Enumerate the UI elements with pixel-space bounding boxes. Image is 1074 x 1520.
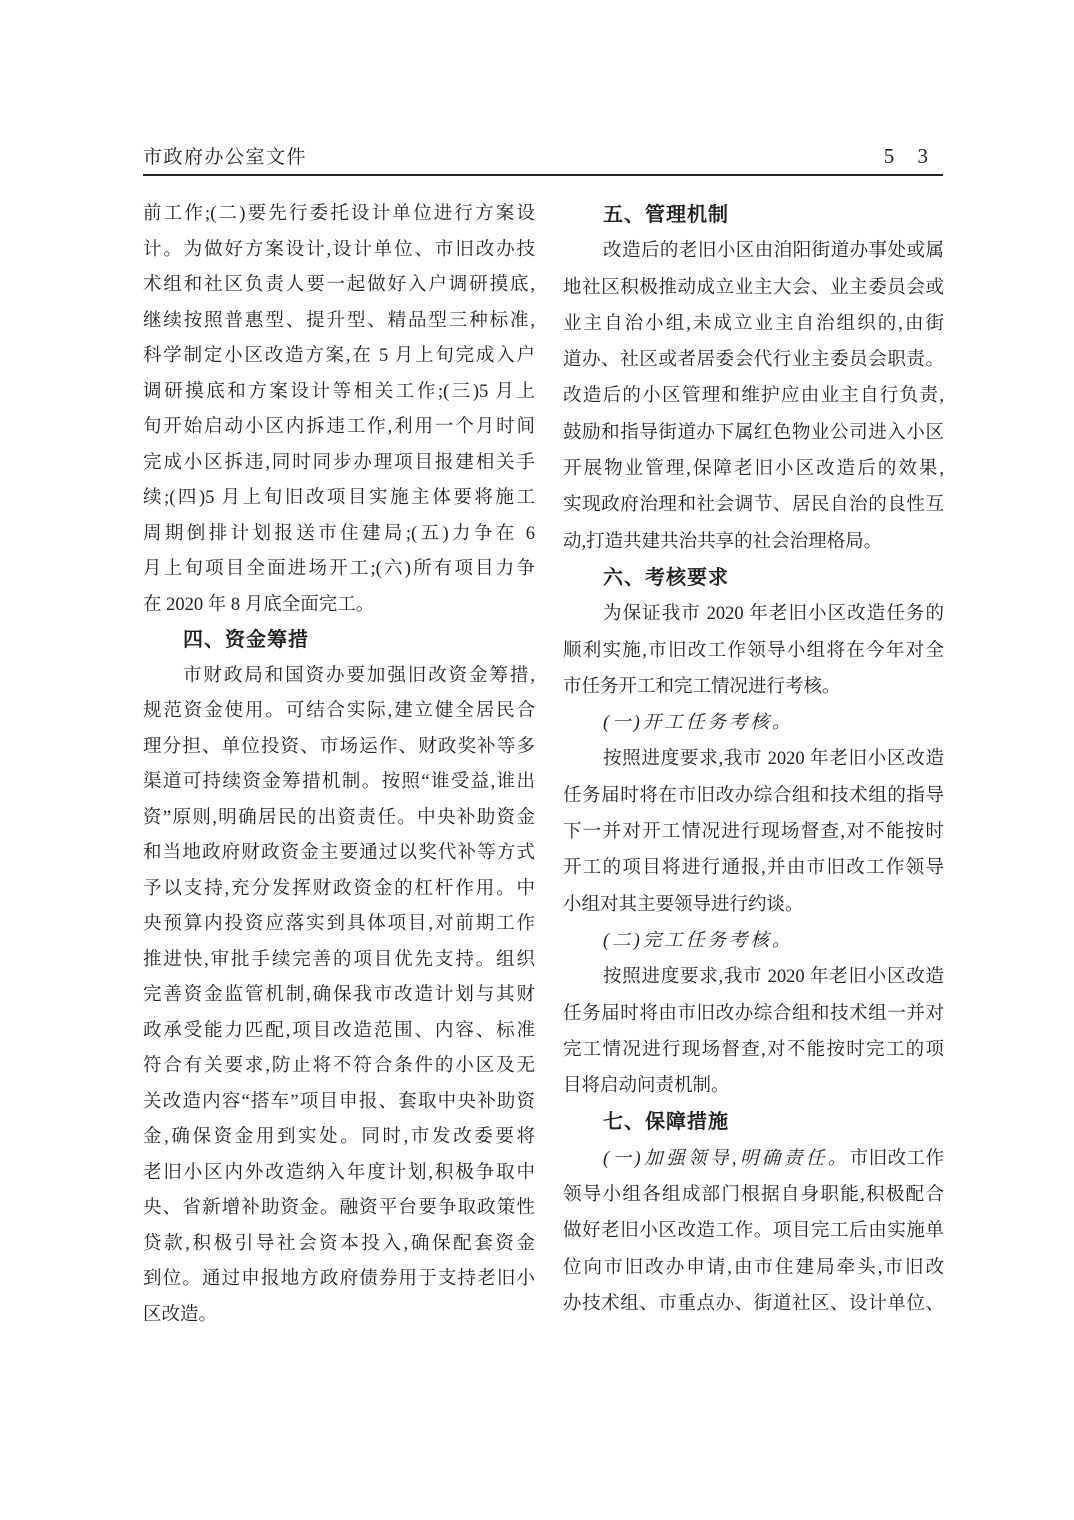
text-segment: 渠道可持续资金筹措机制。按照“谁受益,谁出 xyxy=(143,772,535,792)
text-segment: 关改造内容“搭车”项目申报、套取中央补助资 xyxy=(143,1092,535,1112)
text-segment: 七、保障措施 xyxy=(603,1111,729,1133)
text-line: 鼓励和指导街道办下属红色物业公司进入小区 xyxy=(563,415,944,451)
section-heading: 七、保障措施 xyxy=(563,1104,944,1140)
text-segment: 开工的项目将进行通报,并由市旧改工作领导 xyxy=(563,858,944,878)
text-line: 贷款,积极引导社会资本投入,确保配套资金 xyxy=(143,1227,535,1263)
text-line: 实现政府治理和社会调节、居民自治的良性互 xyxy=(563,487,944,523)
text-line: 周期倒排计划报送市住建局;(五)力争在 6 xyxy=(143,517,535,553)
text-segment: 金,确保资金用到实处。同时,市发改委要将 xyxy=(143,1127,535,1147)
text-line: 在 2020 年 8 月底全面完工。 xyxy=(143,588,535,624)
text-segment: 央预算内投资应落实到具体项目,对前期工作 xyxy=(143,914,535,934)
text-line: 小组对其主要领导进行约谈。 xyxy=(563,887,944,923)
text-line: (二)完工任务考核。 xyxy=(563,923,944,959)
text-line: 完善资金监管机制,确保我市改造计划与其财 xyxy=(143,978,535,1014)
text-line: 道办、社区或者居委会代行业主委员会职责。 xyxy=(563,342,944,378)
text-segment: 道办、社区或者居委会代行业主委员会职责。 xyxy=(563,350,944,370)
text-segment: 市旧改工作 xyxy=(850,1149,944,1169)
text-segment: 小组对其主要领导进行约谈。 xyxy=(563,895,804,915)
text-line: 术组和社区负责人要一起做好入户调研摸底, xyxy=(143,268,535,304)
text-line: 动,打造共建共治共享的社会治理格局。 xyxy=(563,524,944,560)
text-segment: 推进快,审批手续完善的项目优先支持。组织 xyxy=(143,950,535,970)
text-segment: 办技术组、市重点办、街道社区、设计单位、 xyxy=(563,1294,944,1314)
text-segment: 任务届时将由市旧改办综合组和技术组一并对 xyxy=(563,1004,944,1024)
text-line: 按照进度要求,我市 2020 年老旧小区改造 xyxy=(563,741,944,777)
text-segment: 前工作;(二)要先行委托设计单位进行方案设 xyxy=(143,204,535,224)
text-segment: 为保证我市 2020 年老旧小区改造任务的 xyxy=(603,604,944,624)
text-line: 和当地政府财政资金主要通过以奖代补等方式 xyxy=(143,836,535,872)
text-line: 前工作;(二)要先行委托设计单位进行方案设 xyxy=(143,197,535,233)
text-segment: 四、资金筹措 xyxy=(183,629,309,651)
text-line: 完成小区拆违,同时同步办理项目报建相关手 xyxy=(143,446,535,482)
text-line: 领导小组各组成部门根据自身职能,积极配合 xyxy=(563,1177,944,1213)
text-line: 规范资金使用。可结合实际,建立健全居民合 xyxy=(143,694,535,730)
text-line: 到位。通过申报地方政府债券用于支持老旧小 xyxy=(143,1262,535,1298)
text-segment: 月上旬项目全面进场开工;(六)所有项目力争 xyxy=(143,559,535,579)
text-line: 渠道可持续资金筹措机制。按照“谁受益,谁出 xyxy=(143,765,535,801)
header-title: 市政府办公室文件 xyxy=(143,142,307,169)
text-segment: 贷款,积极引导社会资本投入,确保配套资金 xyxy=(143,1234,535,1254)
text-line: 央、省新增补助资金。融资平台要争取政策性 xyxy=(143,1191,535,1227)
text-segment: (二)完工任务考核。 xyxy=(603,931,793,951)
text-segment: 改造后的小区管理和维护应由业主自行负责, xyxy=(563,386,944,406)
text-line: 旬开始启动小区内拆违工作,利用一个月时间 xyxy=(143,410,535,446)
text-segment: 区改造。 xyxy=(143,1305,217,1325)
text-line: (一)开工任务考核。 xyxy=(563,705,944,741)
text-segment: 鼓励和指导街道办下属红色物业公司进入小区 xyxy=(563,423,944,443)
text-segment: 地社区积极推动成立业主大会、业主委员会或 xyxy=(563,278,944,298)
text-segment: 市任务开工和完工情况进行考核。 xyxy=(563,677,841,697)
text-line: 老旧小区内外改造纳入年度计划,积极争取中 xyxy=(143,1156,535,1192)
text-line: 按照进度要求,我市 2020 年老旧小区改造 xyxy=(563,959,944,995)
text-segment: 理分担、单位投资、市场运作、财政奖补等多 xyxy=(143,737,535,757)
text-segment: 符合有关要求,防止将不符合条件的小区及无 xyxy=(143,1056,535,1076)
text-segment: 目将启动问责机制。 xyxy=(563,1076,730,1096)
text-segment: 旬开始启动小区内拆违工作,利用一个月时间 xyxy=(143,417,535,437)
text-segment: 调研摸底和方案设计等相关工作;(三)5 月上 xyxy=(143,382,535,402)
text-line: 开展物业管理,保障老旧小区改造后的效果, xyxy=(563,451,944,487)
text-line: 科学制定小区改造方案,在 5 月上旬完成入户 xyxy=(143,339,535,375)
text-segment: 老旧小区内外改造纳入年度计划,积极争取中 xyxy=(143,1163,535,1183)
text-line: 顺利实施,市旧改工作领导小组将在今年对全 xyxy=(563,633,944,669)
text-segment: 政承受能力匹配,项目改造范围、内容、标准 xyxy=(143,1021,535,1041)
section-heading: 四、资金筹措 xyxy=(143,623,535,659)
text-segment: 和当地政府财政资金主要通过以奖代补等方式 xyxy=(143,843,535,863)
text-segment: (一)开工任务考核。 xyxy=(603,713,793,733)
column-left: 前工作;(二)要先行委托设计单位进行方案设计。为做好方案设计,设计单位、市旧改办… xyxy=(143,197,535,1333)
section-heading: 五、管理机制 xyxy=(563,197,944,233)
text-segment: 实现政府治理和社会调节、居民自治的良性互 xyxy=(563,495,944,515)
text-segment: 科学制定小区改造方案,在 5 月上旬完成入户 xyxy=(143,346,535,366)
text-segment: 动,打造共建共治共享的社会治理格局。 xyxy=(563,532,882,552)
text-segment: 五、管理机制 xyxy=(603,204,729,226)
text-line: (一)加强领导,明确责任。市旧改工作 xyxy=(563,1141,944,1177)
text-segment: 术组和社区负责人要一起做好入户调研摸底, xyxy=(143,275,535,295)
text-line: 资”原则,明确居民的出资责任。中央补助资金 xyxy=(143,801,535,837)
text-line: 目将启动问责机制。 xyxy=(563,1068,944,1104)
text-line: 市财政局和国资办要加强旧改资金筹措, xyxy=(143,659,535,695)
text-segment: 按照进度要求,我市 2020 年老旧小区改造 xyxy=(603,967,944,987)
text-line: 理分担、单位投资、市场运作、财政奖补等多 xyxy=(143,730,535,766)
text-line: 做好老旧小区改造工作。项目完工后由实施单 xyxy=(563,1213,944,1249)
text-segment: 按照进度要求,我市 2020 年老旧小区改造 xyxy=(603,749,944,769)
text-segment: 市财政局和国资办要加强旧改资金筹措, xyxy=(183,666,535,686)
text-segment: 到位。通过申报地方政府债券用于支持老旧小 xyxy=(143,1269,535,1289)
text-line: 改造后的小区管理和维护应由业主自行负责, xyxy=(563,378,944,414)
section-heading: 六、考核要求 xyxy=(563,560,944,596)
text-segment: 继续按照普惠型、提升型、精品型三种标准, xyxy=(143,311,535,331)
text-line: 关改造内容“搭车”项目申报、套取中央补助资 xyxy=(143,1085,535,1121)
text-line: 市任务开工和完工情况进行考核。 xyxy=(563,669,944,705)
text-segment: 顺利实施,市旧改工作领导小组将在今年对全 xyxy=(563,641,944,661)
text-segment: 央、省新增补助资金。融资平台要争取政策性 xyxy=(143,1198,535,1218)
text-segment: 改造后的老旧小区由洎阳街道办事处或属 xyxy=(603,241,944,261)
text-line: 改造后的老旧小区由洎阳街道办事处或属 xyxy=(563,233,944,269)
text-line: 区改造。 xyxy=(143,1298,535,1334)
text-line: 计。为做好方案设计,设计单位、市旧改办技 xyxy=(143,233,535,269)
text-segment: 任务届时将在市旧改办综合组和技术组的指导 xyxy=(563,786,944,806)
text-segment: 周期倒排计划报送市住建局;(五)力争在 6 xyxy=(143,524,535,544)
text-line: 为保证我市 2020 年老旧小区改造任务的 xyxy=(563,596,944,632)
text-segment: 下一并对开工情况进行现场督查,对不能按时 xyxy=(563,822,944,842)
page-number: 5 3 xyxy=(884,144,937,169)
text-segment: 完善资金监管机制,确保我市改造计划与其财 xyxy=(143,985,535,1005)
document-page: 市政府办公室文件 5 3 前工作;(二)要先行委托设计单位进行方案设计。为做好方… xyxy=(0,0,1074,1520)
text-line: 开工的项目将进行通报,并由市旧改工作领导 xyxy=(563,850,944,886)
text-segment: 计。为做好方案设计,设计单位、市旧改办技 xyxy=(143,240,535,260)
text-segment: 资”原则,明确居民的出资责任。中央补助资金 xyxy=(143,808,535,828)
text-line: 予以支持,充分发挥财政资金的杠杆作用。中 xyxy=(143,872,535,908)
text-segment: 在 2020 年 8 月底全面完工。 xyxy=(143,595,374,615)
column-right: 五、管理机制改造后的老旧小区由洎阳街道办事处或属地社区积极推动成立业主大会、业主… xyxy=(563,197,944,1322)
text-line: 业主自治小组,未成立业主自治组织的,由街 xyxy=(563,306,944,342)
text-segment: 做好老旧小区改造工作。项目完工后由实施单 xyxy=(563,1221,944,1241)
text-line: 下一并对开工情况进行现场督查,对不能按时 xyxy=(563,814,944,850)
text-line: 任务届时将由市旧改办综合组和技术组一并对 xyxy=(563,996,944,1032)
text-segment: 位向市旧改办申请,由市住建局牵头,市旧改 xyxy=(563,1258,944,1278)
text-line: 金,确保资金用到实处。同时,市发改委要将 xyxy=(143,1120,535,1156)
text-line: 推进快,审批手续完善的项目优先支持。组织 xyxy=(143,943,535,979)
text-segment: 开展物业管理,保障老旧小区改造后的效果, xyxy=(563,459,944,479)
text-line: 续;(四)5 月上旬旧改项目实施主体要将施工 xyxy=(143,481,535,517)
text-line: 继续按照普惠型、提升型、精品型三种标准, xyxy=(143,304,535,340)
text-line: 政承受能力匹配,项目改造范围、内容、标准 xyxy=(143,1014,535,1050)
text-segment: 业主自治小组,未成立业主自治组织的,由街 xyxy=(563,314,944,334)
text-line: 符合有关要求,防止将不符合条件的小区及无 xyxy=(143,1049,535,1085)
page-header: 市政府办公室文件 5 3 xyxy=(143,142,943,176)
text-segment: 续;(四)5 月上旬旧改项目实施主体要将施工 xyxy=(143,488,535,508)
text-segment: 领导小组各组成部门根据自身职能,积极配合 xyxy=(563,1185,944,1205)
text-segment: 予以支持,充分发挥财政资金的杠杆作用。中 xyxy=(143,879,535,899)
text-segment: 六、考核要求 xyxy=(603,567,729,589)
text-segment: (一)加强领导,明确责任。 xyxy=(603,1149,850,1169)
text-line: 央预算内投资应落实到具体项目,对前期工作 xyxy=(143,907,535,943)
text-segment: 完成小区拆违,同时同步办理项目报建相关手 xyxy=(143,453,535,473)
text-line: 位向市旧改办申请,由市住建局牵头,市旧改 xyxy=(563,1250,944,1286)
text-segment: 规范资金使用。可结合实际,建立健全居民合 xyxy=(143,701,535,721)
text-line: 办技术组、市重点办、街道社区、设计单位、 xyxy=(563,1286,944,1322)
text-line: 地社区积极推动成立业主大会、业主委员会或 xyxy=(563,270,944,306)
text-line: 完工情况进行现场督查,对不能按时完工的项 xyxy=(563,1032,944,1068)
text-line: 调研摸底和方案设计等相关工作;(三)5 月上 xyxy=(143,375,535,411)
text-segment: 完工情况进行现场督查,对不能按时完工的项 xyxy=(563,1040,944,1060)
text-line: 任务届时将在市旧改办综合组和技术组的指导 xyxy=(563,778,944,814)
text-line: 月上旬项目全面进场开工;(六)所有项目力争 xyxy=(143,552,535,588)
